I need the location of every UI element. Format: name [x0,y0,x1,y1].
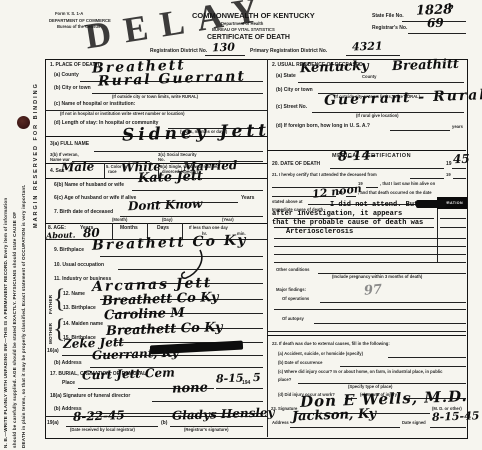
ruled-line [274,246,466,247]
date-signed-value: 8-15-45 [432,410,480,423]
residence-county-value: Breathitt [392,58,459,73]
father-birthplace-label: 13. Birthplace [63,306,96,312]
certify-line2: , that I last saw him alive on [380,182,435,187]
age-table-top [45,223,267,224]
certify-line3: , and that death occurred on the date [358,191,432,196]
years-suffix: Years [241,196,254,202]
funeral-director-value: none [172,381,208,395]
county-label: (a) County [54,73,79,79]
ruled-line [388,357,466,358]
registrar-signature: Gladys Hensley [172,406,275,422]
ruled-line [320,302,466,303]
sex-value: Male [61,160,95,173]
physician-address-label: Address [272,421,289,426]
date-of-death-label: 20. DATE OF DEATH [272,162,320,168]
residence-county-label: County [362,75,376,80]
age-less-than-day: If less than one day [189,226,228,231]
typed-cause-line3: that the probable cause of death was [272,220,423,227]
major-findings-label: Major findings: [276,288,306,293]
of-autopsy-label: Of autopsy [282,317,304,322]
margin-note-line2: should be carefully supplied. AGE should… [12,212,17,448]
ruled-line [274,309,466,310]
state-file-label: State File No. [372,14,404,20]
ruled-line [120,216,263,217]
typed-cause-line2: after investigation, it appears [272,211,402,218]
ruled-line [346,55,400,56]
dod-year-value: 45 [453,153,470,166]
ruled-line [440,227,466,228]
ruled-line [274,262,466,263]
registrar-no-value: 69 [427,17,444,30]
foreign-years-suffix: years [452,125,463,130]
received-fine-print: (Date received by local registrar) [70,428,135,433]
ruled-line [152,401,263,402]
primary-district-value: 4321 [352,40,383,52]
race-label2: race [108,170,117,175]
typed-cause-diagnosis: Arteriosclerosis [286,229,353,236]
column-divider [267,59,268,437]
cell-divider [104,163,105,178]
registrar-sig-fine-print: (Registrar's signature) [184,428,229,433]
of-operations-label: Of operations [282,297,309,302]
city-fine-print: (If outside city or town limits, write R… [112,95,198,100]
typed-cause-line1: I did not attend. But [330,202,418,209]
age-months-header: Months [120,226,138,232]
burial-date-value: 8-15 [216,373,244,385]
month-fine-print: (Month) [112,218,127,223]
registrar-received-date: 8-22-45 [73,409,125,423]
pregnancy-fine-print: (Include pregnancy within 3 months of de… [332,275,422,280]
state-file-sup: b [448,2,454,10]
ruled-line [274,254,466,255]
ruled-line [340,366,466,367]
day-fine-print: (Day) [162,218,172,223]
ruled-line [290,427,400,428]
residence-state-label: (a) State [276,74,296,80]
primary-district-label: Primary Registration District No. [250,49,327,55]
hospital-label: (c) Name of hospital or institution: [54,102,135,108]
accident-suicide-label: (a) Accident, suicide, or homicide (spec… [278,352,363,357]
occupation-label: 10. Usual occupation [54,263,104,269]
residence-street-label: (c) Street No. [276,105,307,111]
spouse-age-label: 6(c) Age of husband or wife if alive [54,196,136,202]
date-of-occurrence-label: (b) Date of occurrence [278,361,322,366]
ruled-line [298,82,464,83]
informant-address-value: Guerrant, Ky [92,346,179,361]
margin-note-line3: DEATH in plain terms, so that it may be … [21,184,26,448]
stated-above-label: stated above at [272,200,303,205]
mother-maiden-value: Caroline M [104,307,185,323]
residence-state-value: Kentucky [300,60,369,75]
ruled-line [410,178,444,179]
street-fine-print: (If rural give location) [356,114,399,119]
ruled-line [314,323,466,324]
registrar-no-label: Registrar's No. [372,26,407,32]
informant-label: 16(a) [47,349,59,355]
margin-note-line1: N. B.—WRITE PLAINLY WITH UNFADING INK—TH… [3,198,8,448]
ruled-line [430,427,466,428]
ruled-line [453,178,466,179]
birthdate-value: Dont Know [128,198,203,213]
section-divider [267,335,466,336]
registrar-sig-label: (b) [161,421,167,427]
ruled-line [205,55,245,56]
ink-blot [416,200,446,208]
city-label: (b) City or town [54,86,91,92]
certify-line1: 21. I hereby certify that I attended the… [272,173,377,178]
physician-address-value: Jackson, Ky [292,408,377,424]
ruled-line [366,187,378,188]
full-name-label: 3(a) FULL NAME [50,142,89,148]
birthdate-label: 7. Birth date of deceased [54,210,113,216]
age-days-header: Days [157,226,169,232]
burial-place-label: Place [62,381,75,387]
burial-place-value: Curt Jett Cem [82,366,175,381]
birthplace-label: 9. Birthplace [54,248,84,254]
ruled-line [408,33,466,34]
spouse-value: Kate Jett [138,170,203,185]
foreign-born-label: (d) If foreign born, how long in U. S. A… [276,124,370,130]
funeral-director-label: 18(a) Signature of funeral director [50,394,130,400]
ruled-line [216,388,263,389]
hospital-fine-print: (If not in hospital or institution write… [60,112,184,117]
where-injury-label: (c) Where did injury occur? In or about … [278,370,443,375]
date-of-death-value: 8-14- [338,149,376,163]
external-causes-section: 22. If death was due to external causes,… [272,342,390,347]
hole-punch-mark [17,116,30,129]
mother-maiden-label: 14. Maiden name [63,322,103,328]
father-name-label: 12. Name [63,292,85,298]
ruled-line [330,168,444,169]
ruled-line [440,218,466,219]
date-signed-label: Date signed [402,421,426,426]
residence-city-label: (b) City or town [276,88,313,94]
burial-printed-19: 194 [242,381,250,387]
ruled-line [132,190,263,191]
operations-pencil-value: 97 [363,283,382,298]
other-conditions-label: Other conditions [276,268,310,273]
informant-address-label: (b) Address [54,361,82,367]
ruled-line [452,168,466,169]
dod-printed-19: 19 [446,162,452,168]
spouse-label: 6(b) Name of husband or wife [54,183,124,189]
ruled-line [267,331,466,332]
death-certificate-scan: N. B.—WRITE PLAINLY WITH UNFADING INK—TH… [0,0,482,450]
registration-district-value: 130 [212,42,235,54]
margin-binding-text: MARGIN RESERVED FOR BINDING [33,82,39,228]
registration-district-label: Registration District No. [150,49,207,55]
certify-line1-19: 19 [446,173,451,178]
where-injury-label2: place? [278,378,291,383]
year-fine-print: (Year) [222,218,234,223]
ruled-line [390,130,450,131]
form-number: Form V. S. 1-A [55,12,83,17]
burial-year-value: 5 [253,372,261,383]
registrar-received-label: 19(a) [47,421,59,427]
